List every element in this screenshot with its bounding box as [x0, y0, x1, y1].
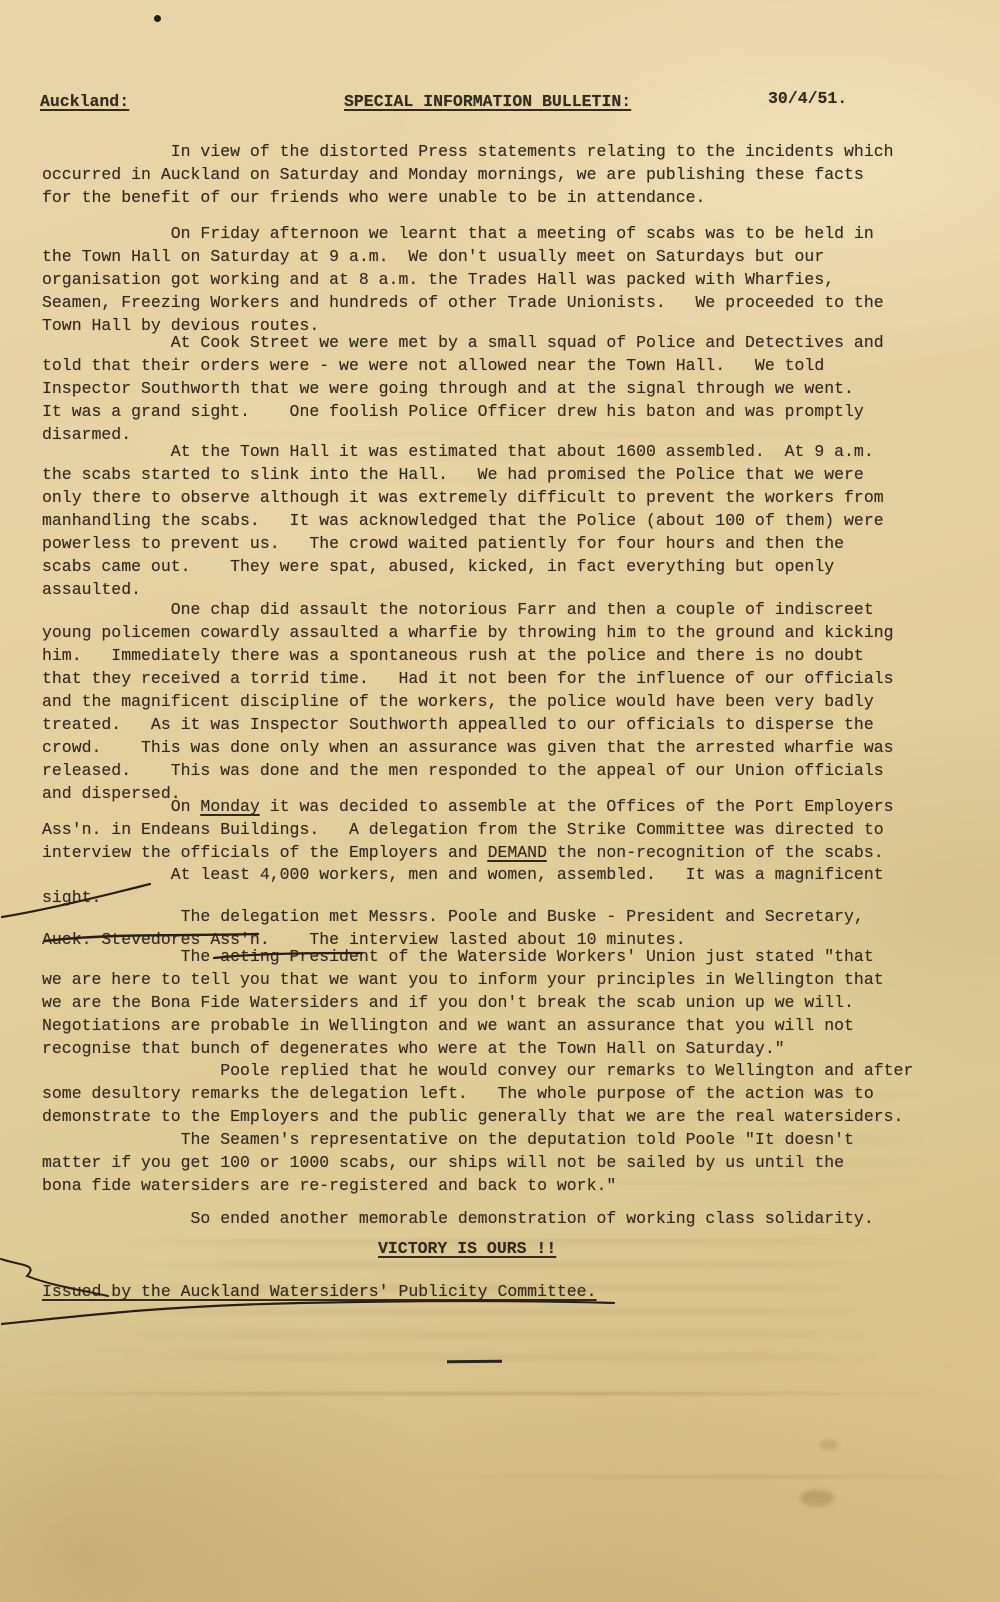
paper-stain — [800, 1490, 834, 1506]
paper-crease — [0, 1475, 1000, 1478]
para-town-hall: At the Town Hall it was estimated that a… — [42, 440, 884, 601]
para-poole-reply: Poole replied that he would convey our r… — [42, 1059, 913, 1128]
para-president-statement: The acting President of the Waterside Wo… — [42, 945, 884, 1060]
underline-monday — [200, 814, 260, 816]
para-press-statements: In view of the distorted Press statement… — [42, 140, 894, 209]
para-seamen-representative: The Seamen's representative on the deput… — [42, 1128, 854, 1197]
para-monday-assembly: On Monday it was decided to assemble at … — [42, 795, 894, 864]
paper-stain — [820, 1440, 838, 1450]
paper-crease — [0, 1392, 1000, 1395]
para-cook-street: At Cook Street we were met by a small sq… — [42, 331, 884, 446]
line-closing-solidarity: So ended another memorable demonstration… — [42, 1207, 874, 1230]
dateline-location: Auckland: — [40, 90, 129, 113]
document-date: 30/4/51. — [768, 87, 847, 110]
document-page: Auckland: SPECIAL INFORMATION BULLETIN: … — [0, 0, 1000, 1602]
underline-demand — [487, 860, 547, 862]
para-friday-meeting: On Friday afternoon we learnt that a mee… — [42, 222, 884, 337]
underline-sweep-issued-by — [2, 1301, 614, 1324]
ink-spot — [154, 15, 161, 22]
end-rule — [447, 1360, 502, 1364]
para-assault-incident: One chap did assault the notorious Farr … — [42, 598, 894, 805]
para-workers-assembled: At least 4,000 workers, men and women, a… — [42, 863, 884, 909]
page-title: SPECIAL INFORMATION BULLETIN: — [344, 90, 631, 113]
issued-by-line: Issued by the Auckland Watersiders' Publ… — [42, 1280, 597, 1303]
victory-slogan: VICTORY IS OURS !! — [378, 1237, 556, 1260]
